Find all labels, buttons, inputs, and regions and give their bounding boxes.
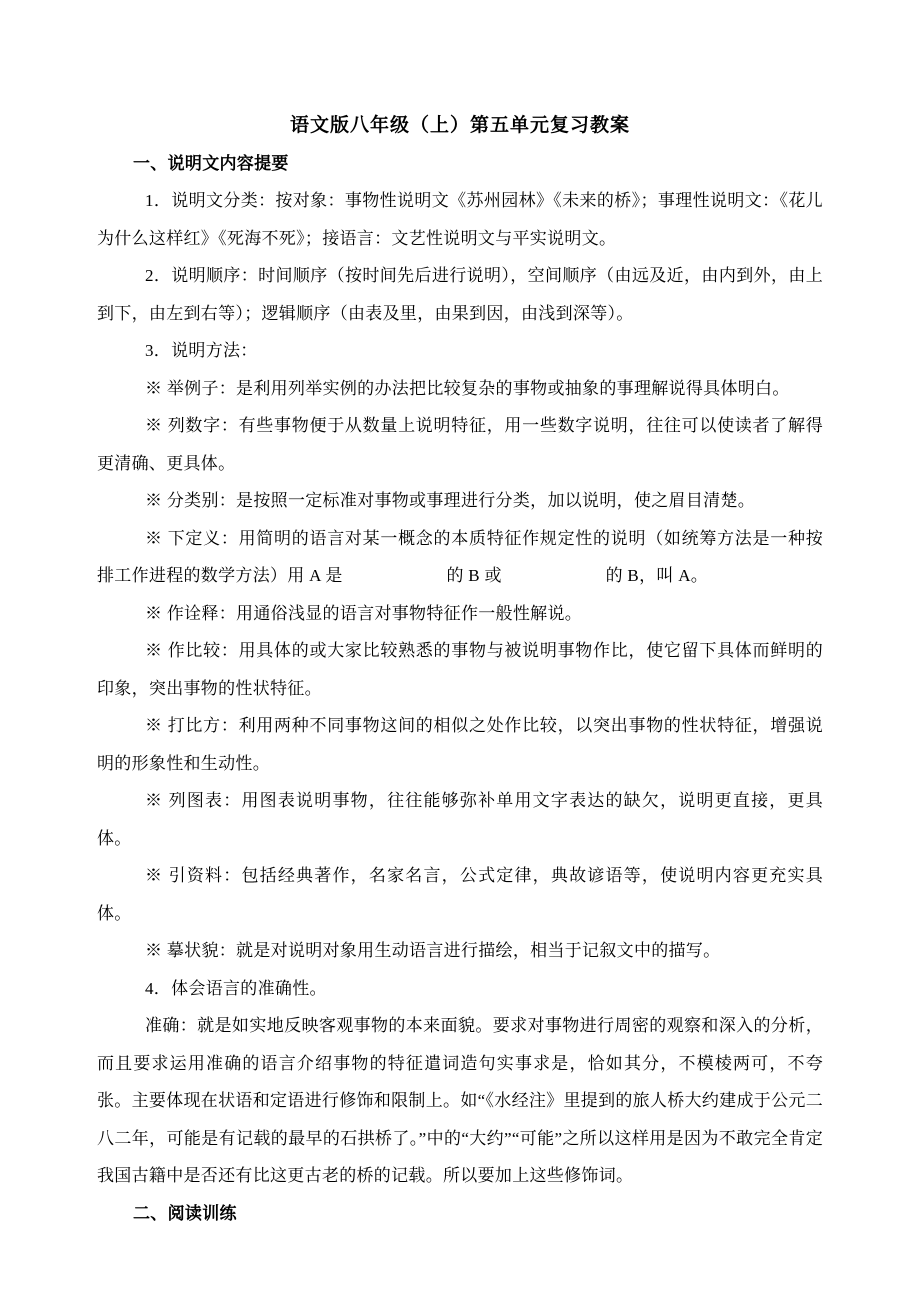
document-page: 语文版八年级（上）第五单元复习教案 一、说明文内容提要1．说明文分类：按对象：事…: [0, 0, 920, 1302]
document-body: 一、说明文内容提要1．说明文分类：按对象：事物性说明文《苏州园林》《未来的桥》；…: [97, 145, 823, 1233]
paragraph: ※ 列图表：用图表说明事物，往往能够弥补单用文字表达的缺欠，说明更直接，更具体。: [97, 782, 823, 857]
paragraph: 4．体会语言的准确性。: [97, 970, 823, 1008]
paragraph: 准确：就是如实地反映客观事物的本来面貌。要求对事物进行周密的观察和深入的分析，而…: [97, 1007, 823, 1195]
paragraph: ※ 引资料：包括经典著作，名家名言，公式定律，典故谚语等，使说明内容更充实具体。: [97, 857, 823, 932]
paragraph: 1．说明文分类：按对象：事物性说明文《苏州园林》《未来的桥》；事理性说明文：《花…: [97, 182, 823, 257]
document-title: 语文版八年级（上）第五单元复习教案: [97, 107, 823, 145]
paragraph: ※ 列数字：有些事物便于从数量上说明特征，用一些数字说明，往往可以使读者了解得更…: [97, 407, 823, 482]
paragraph: ※ 下定义：用简明的语言对某一概念的本质特征作规定性的说明（如统筹方法是一种按排…: [97, 520, 823, 595]
paragraph: ※ 作比较：用具体的或大家比较熟悉的事物与被说明事物作比，使它留下具体而鲜明的印…: [97, 632, 823, 707]
paragraph: 3．说明方法：: [97, 332, 823, 370]
paragraph: ※ 打比方：利用两种不同事物这间的相似之处作比较，以突出事物的性状特征，增强说明…: [97, 707, 823, 782]
paragraph: ※ 举例子：是利用列举实例的办法把比较复杂的事物或抽象的事理解说得具体明白。: [97, 370, 823, 408]
paragraph: ※ 分类别：是按照一定标准对事物或事理进行分类，加以说明，使之眉目清楚。: [97, 482, 823, 520]
paragraph: 2．说明顺序：时间顺序（按时间先后进行说明），空间顺序（由远及近，由内到外，由上…: [97, 257, 823, 332]
paragraph: ※ 作诠释：用通俗浅显的语言对事物特征作一般性解说。: [97, 595, 823, 633]
paragraph: ※ 摹状貌：就是对说明对象用生动语言进行描绘，相当于记叙文中的描写。: [97, 932, 823, 970]
section-heading: 二、阅读训练: [97, 1195, 823, 1233]
section-heading: 一、说明文内容提要: [97, 145, 823, 183]
